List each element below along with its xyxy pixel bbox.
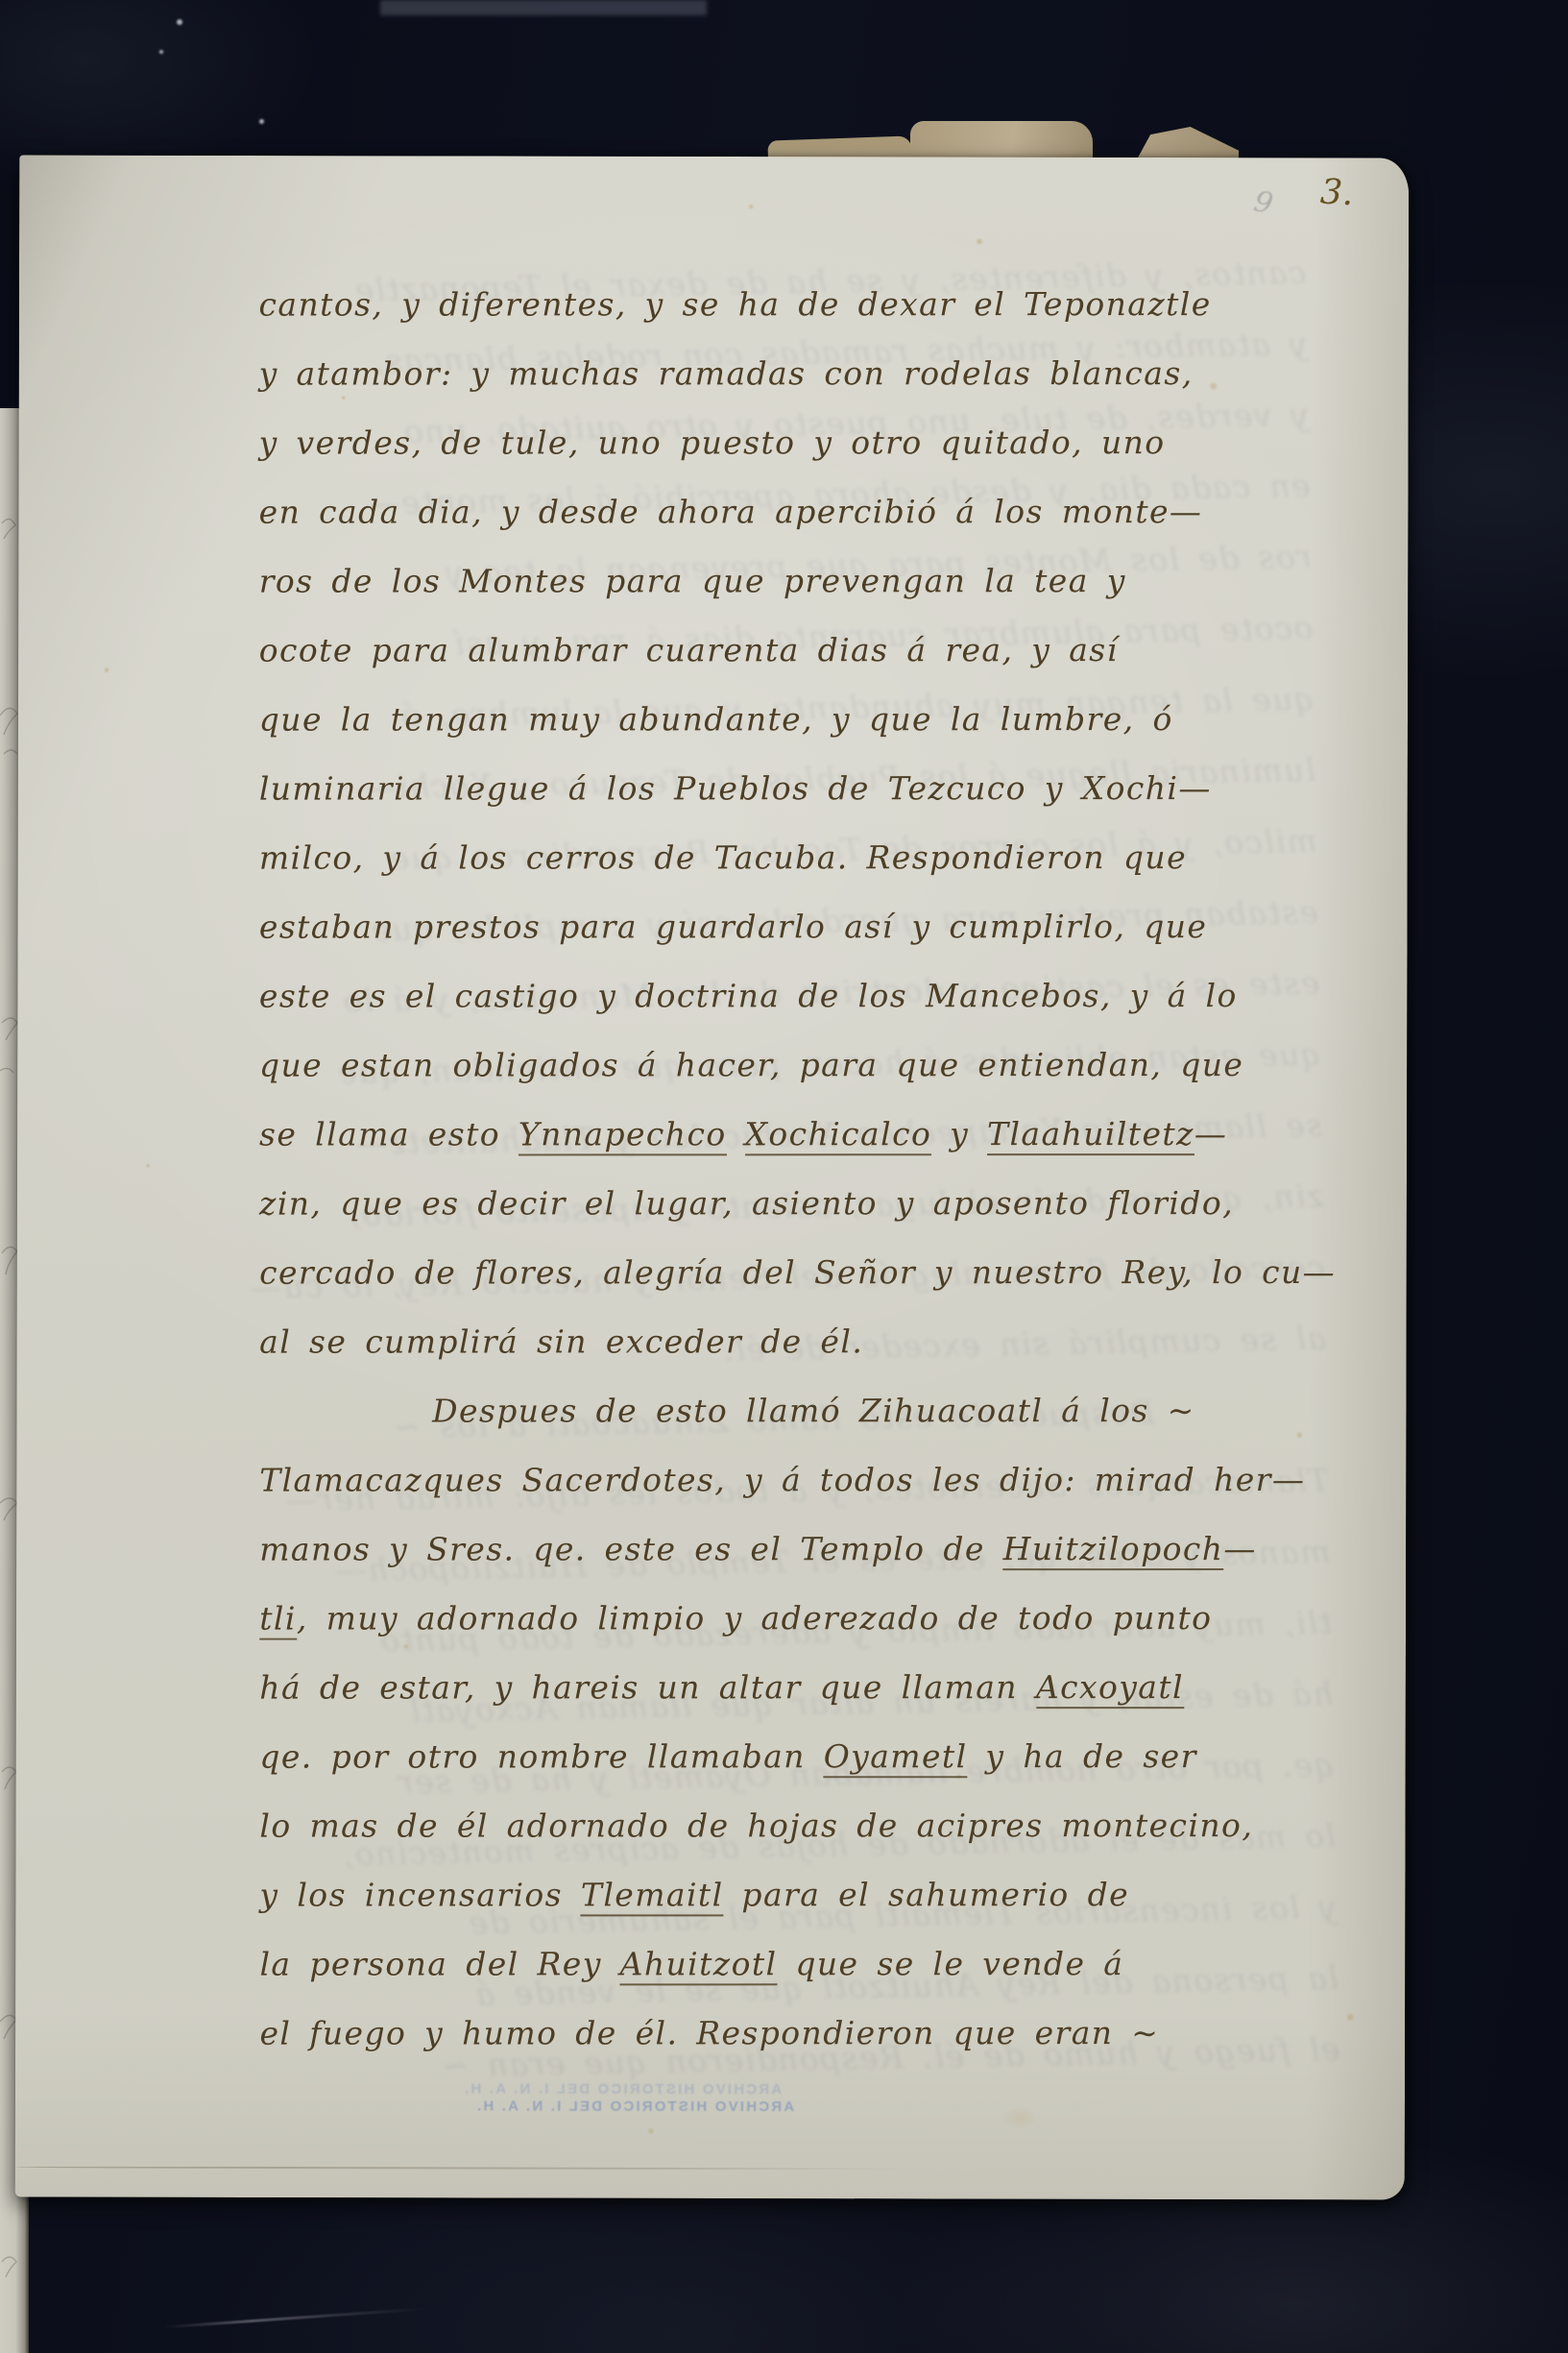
underlined-nahuatl-term: Oyametl — [824, 1737, 968, 1778]
manuscript-line: y verdes, de tule, uno puesto y otro qui… — [259, 408, 1411, 478]
paper-crease — [15, 2166, 937, 2170]
text-segment: milco, y á los cerros de Tacuba. Respond… — [259, 838, 1187, 877]
manuscript-line: Despues de esto llamó Zihuacoatl á los ~ — [259, 1376, 1411, 1446]
text-segment: la persona del Rey — [259, 1945, 619, 1982]
underlined-nahuatl-term: Ahuitzotl — [620, 1945, 778, 1985]
manuscript-line: milco, y á los cerros de Tacuba. Respond… — [259, 823, 1411, 893]
text-segment: y los incensarios — [259, 1876, 581, 1913]
archive-stamp: ARCHIVO HISTORICO DEL I. N. A. H. ARCHIV… — [428, 2080, 841, 2115]
text-segment: cercado de flores, alegría del Señor y n… — [259, 1253, 1336, 1292]
dust-speck — [259, 119, 264, 124]
text-segment: , muy adornado limpio y aderezado de tod… — [297, 1599, 1213, 1637]
manuscript-line: luminaria llegue á los Pueblos de Tezcuc… — [259, 754, 1411, 824]
text-segment: — — [1194, 1115, 1227, 1152]
manuscript-line: zin, que es decir el lugar, asiento y ap… — [259, 1169, 1411, 1239]
text-segment: y verdes, de tule, uno puesto y otro qui… — [259, 424, 1166, 461]
manuscript-line: qe. por otro nombre llamaban Oyametl y h… — [259, 1722, 1411, 1792]
text-segment: Despues de esto llamó Zihuacoatl á los ~ — [432, 1392, 1195, 1429]
text-segment: ros de los Montes para que prevengan la … — [259, 562, 1126, 599]
scanner-scratch — [163, 2307, 427, 2328]
text-segment: cantos, y diferentes, y se ha de dexar e… — [259, 285, 1212, 324]
underlined-nahuatl-term: Acxoyatl — [1036, 1668, 1184, 1709]
manuscript-line: el fuego y humo de él. Respondieron que … — [259, 1999, 1411, 2069]
underlined-nahuatl-term: Huitzilopoch — [1003, 1530, 1224, 1570]
text-segment: al se cumplirá sin exceder de él. — [259, 1322, 863, 1360]
archival-scan: { "page": { "page_number": "3.", "pencil… — [0, 0, 1568, 2353]
manuscript-line: y atambor: y muchas ramadas con rodelas … — [259, 339, 1411, 409]
text-segment: Tlamacazques Sacerdotes, y á todos les d… — [259, 1461, 1305, 1499]
dust-speck — [177, 19, 182, 25]
manuscript-line: en cada dia, y desde ahora apercibió á l… — [259, 477, 1411, 547]
manuscript-line: ros de los Montes para que prevengan la … — [259, 546, 1411, 617]
text-segment: luminaria llegue á los Pueblos de Tezcuc… — [259, 769, 1212, 808]
text-segment: qe. por otro nombre llamaban — [259, 1737, 823, 1775]
manuscript-line: manos y Sres. qe. este es el Templo de H… — [259, 1515, 1411, 1585]
manuscript-line: estaban prestos para guardarlo así y cum… — [259, 892, 1411, 962]
manuscript-line: ocote para alumbrar cuarenta dias á rea,… — [259, 616, 1411, 686]
underlined-nahuatl-term: tli — [259, 1600, 297, 1640]
text-segment: que estan obligados á hacer, para que en… — [259, 1046, 1243, 1084]
underlined-nahuatl-term: Xochicalco — [744, 1115, 931, 1155]
text-segment: este es el castigo y doctrina de los Man… — [259, 977, 1238, 1015]
pencil-annotation: 9 — [1251, 185, 1276, 222]
text-segment: se llama esto — [259, 1115, 519, 1152]
text-segment — [727, 1115, 745, 1152]
text-segment: y — [931, 1115, 987, 1152]
text-segment: que la tengan muy abundante, y que la lu… — [259, 700, 1173, 738]
scanner-smudge — [380, 0, 707, 15]
text-segment: y atambor: y muchas ramadas con rodelas … — [259, 354, 1194, 393]
manuscript-line: cercado de flores, alegría del Señor y n… — [259, 1238, 1411, 1308]
text-segment: — — [1223, 1530, 1256, 1567]
manuscript-line: este es el castigo y doctrina de los Man… — [259, 961, 1411, 1031]
manuscript-line: tli, muy adornado limpio y aderezado de … — [259, 1584, 1411, 1654]
text-segment: que se le vende á — [777, 1945, 1123, 1982]
text-segment: y ha de ser — [968, 1737, 1197, 1775]
text-segment: lo mas de él adornado de hojas de acipre… — [259, 1807, 1253, 1845]
dust-speck — [159, 50, 163, 54]
underlined-nahuatl-term: Tlaahuiltetz — [987, 1115, 1194, 1155]
manuscript-line: Tlamacazques Sacerdotes, y á todos les d… — [259, 1445, 1411, 1516]
manuscript-line: lo mas de él adornado de hojas de acipre… — [259, 1791, 1411, 1861]
manuscript-line: que estan obligados á hacer, para que en… — [259, 1031, 1411, 1101]
manuscript-line: y los incensarios Tlemaitl para el sahum… — [259, 1860, 1411, 1930]
manuscript-page: 9 3. cantos, y diferentes, y se ha de de… — [15, 155, 1409, 2199]
text-segment: para el sahumerio de — [724, 1876, 1130, 1913]
manuscript-line: que la tengan muy abundante, y que la lu… — [259, 685, 1411, 755]
text-segment: manos y Sres. qe. este es el Templo de — [259, 1530, 1002, 1567]
archive-stamp-line-faint: ARCHIVO HISTORICO DEL I. N. A. H. — [428, 2080, 816, 2098]
underlined-nahuatl-term: Ynnapechco — [519, 1115, 727, 1155]
manuscript-line: la persona del Rey Ahuitzotl que se le v… — [259, 1929, 1411, 2000]
handwritten-text-block: cantos, y diferentes, y se ha de dexar e… — [259, 270, 1412, 2069]
manuscript-line: se llama esto Ynnapechco Xochicalco y Tl… — [259, 1100, 1411, 1170]
manuscript-line: cantos, y diferentes, y se ha de dexar e… — [259, 270, 1411, 340]
text-segment: en cada dia, y desde ahora apercibió á l… — [259, 493, 1203, 531]
text-segment: el fuego y humo de él. Respondieron que … — [259, 2014, 1159, 2051]
text-segment: zin, que es decir el lugar, asiento y ap… — [259, 1184, 1234, 1223]
archive-stamp-line: ARCHIVO HISTORICO DEL I. N. A. H. — [428, 2098, 841, 2115]
page-number: 3. — [1319, 172, 1355, 213]
text-segment: ocote para alumbrar cuarenta dias á rea,… — [259, 631, 1119, 668]
manuscript-line: há de estar, y hareis un altar que llama… — [259, 1653, 1411, 1723]
underlined-nahuatl-term: Tlemaitl — [581, 1876, 724, 1916]
text-segment: há de estar, y hareis un altar que llama… — [259, 1668, 1036, 1706]
manuscript-line: al se cumplirá sin exceder de él. — [259, 1307, 1411, 1377]
text-segment: estaban prestos para guardarlo así y cum… — [259, 908, 1207, 946]
